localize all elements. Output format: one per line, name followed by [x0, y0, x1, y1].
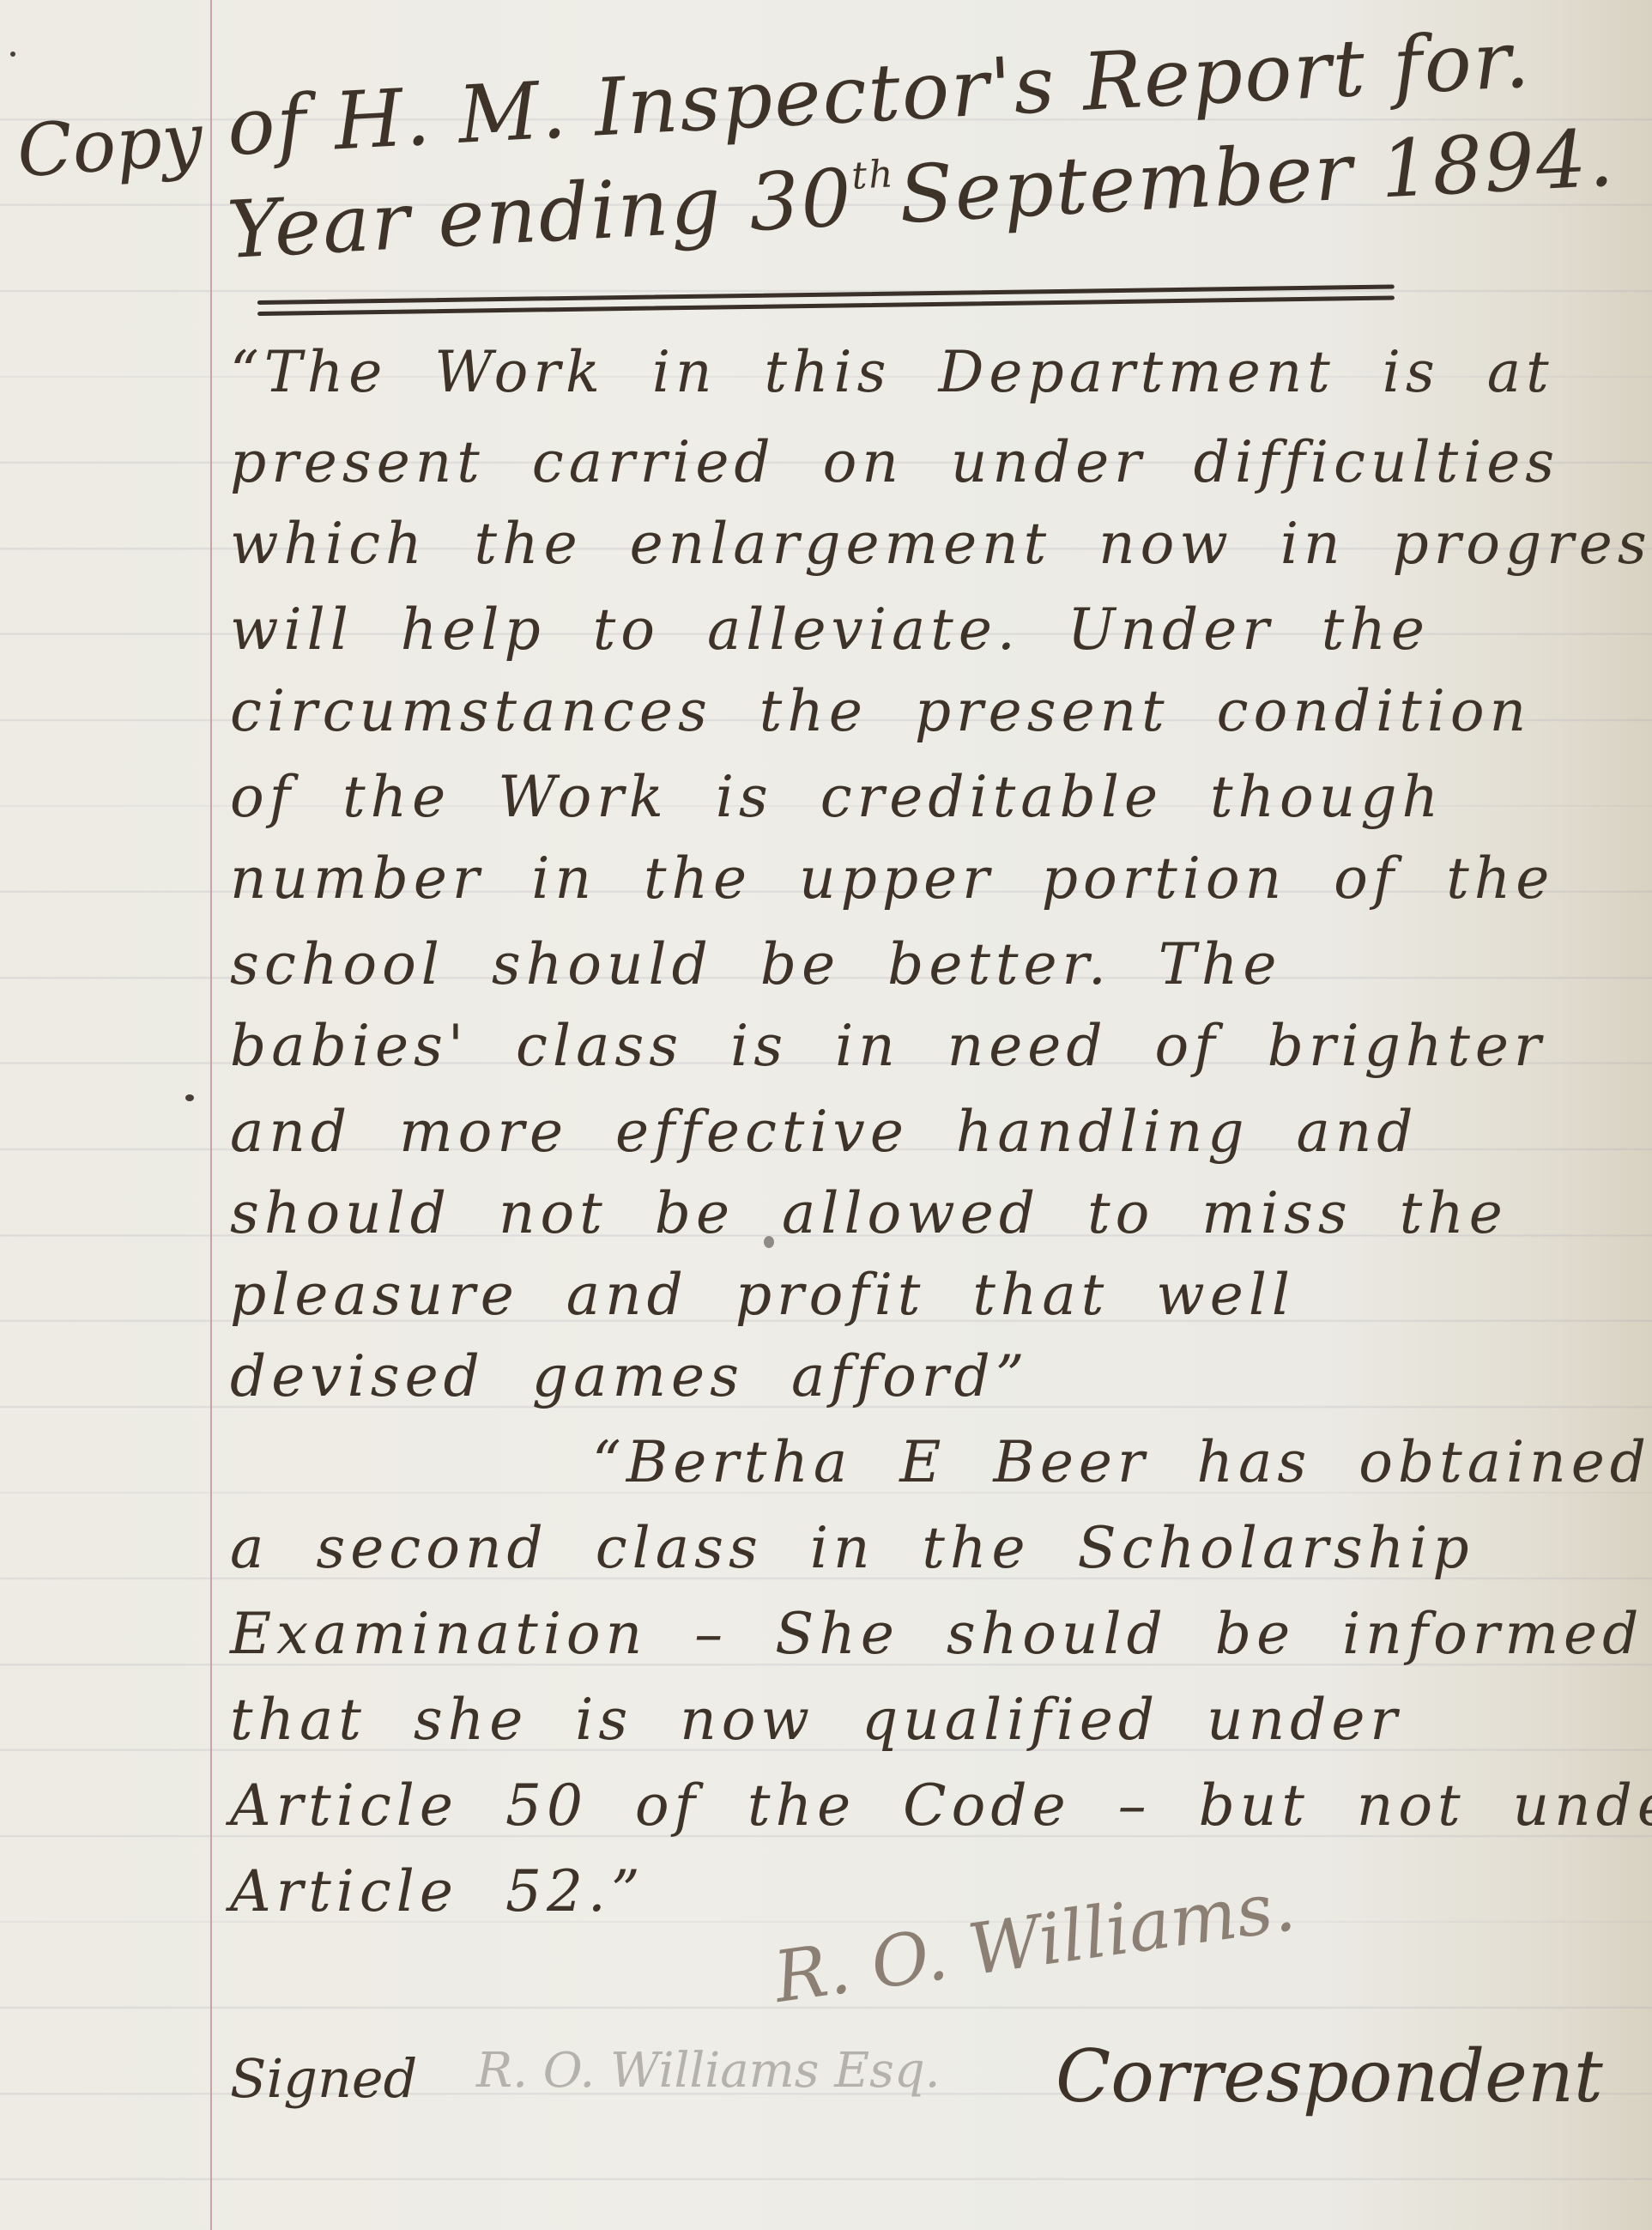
body-line: Examination – She should be informed — [230, 1601, 1643, 1667]
body-line: Article 50 of the Code – but not under — [230, 1772, 1652, 1839]
autograph-signature: R. O. Williams. — [769, 1865, 1299, 2019]
ink-blot — [764, 1236, 774, 1248]
body-line: school should be better. The — [230, 931, 1281, 997]
body-line: number in the upper portion of the — [230, 845, 1554, 912]
ledger-page: Copy of H. M. Inspector's Report for. Ye… — [0, 0, 1652, 2230]
body-line: which the enlargement now in progress — [230, 511, 1652, 577]
body-line: babies' class is in need of brighter — [230, 1013, 1546, 1079]
body-line: “The Work in this Department is at — [230, 339, 1554, 405]
body-line: circumstances the present condition — [230, 678, 1531, 744]
signed-label: Signed — [230, 2047, 417, 2110]
margin-rule — [210, 0, 212, 2230]
signed-name-pencil: R. O. Williams Esq. — [476, 2043, 941, 2099]
body-line: will help to alleviate. Under the — [230, 597, 1430, 663]
body-line: pleasure and profit that well — [230, 1262, 1295, 1328]
ink-blot — [10, 52, 15, 57]
body-line: devised games afford” — [230, 1343, 1029, 1409]
ink-blot — [185, 1094, 194, 1101]
body-line: “Bertha E Beer has obtained — [592, 1429, 1651, 1495]
margin-word: Copy — [15, 97, 205, 194]
body-line: present carried on under difficulties — [230, 429, 1559, 495]
body-line: a second class in the Scholarship — [230, 1515, 1474, 1581]
body-line: of the Work is creditable though — [230, 764, 1443, 830]
heading-double-underline — [257, 285, 1395, 319]
body-line: that she is now qualified under — [230, 1687, 1402, 1753]
heading-date-ordinal: th — [850, 152, 896, 198]
role-title: Correspondent — [1056, 2034, 1603, 2118]
body-line: should not be allowed to miss the — [230, 1180, 1508, 1246]
body-line: Article 52.” — [230, 1858, 645, 1924]
body-line: and more effective handling and — [230, 1099, 1419, 1165]
heading-date-prefix: Year ending 30 — [225, 152, 855, 276]
